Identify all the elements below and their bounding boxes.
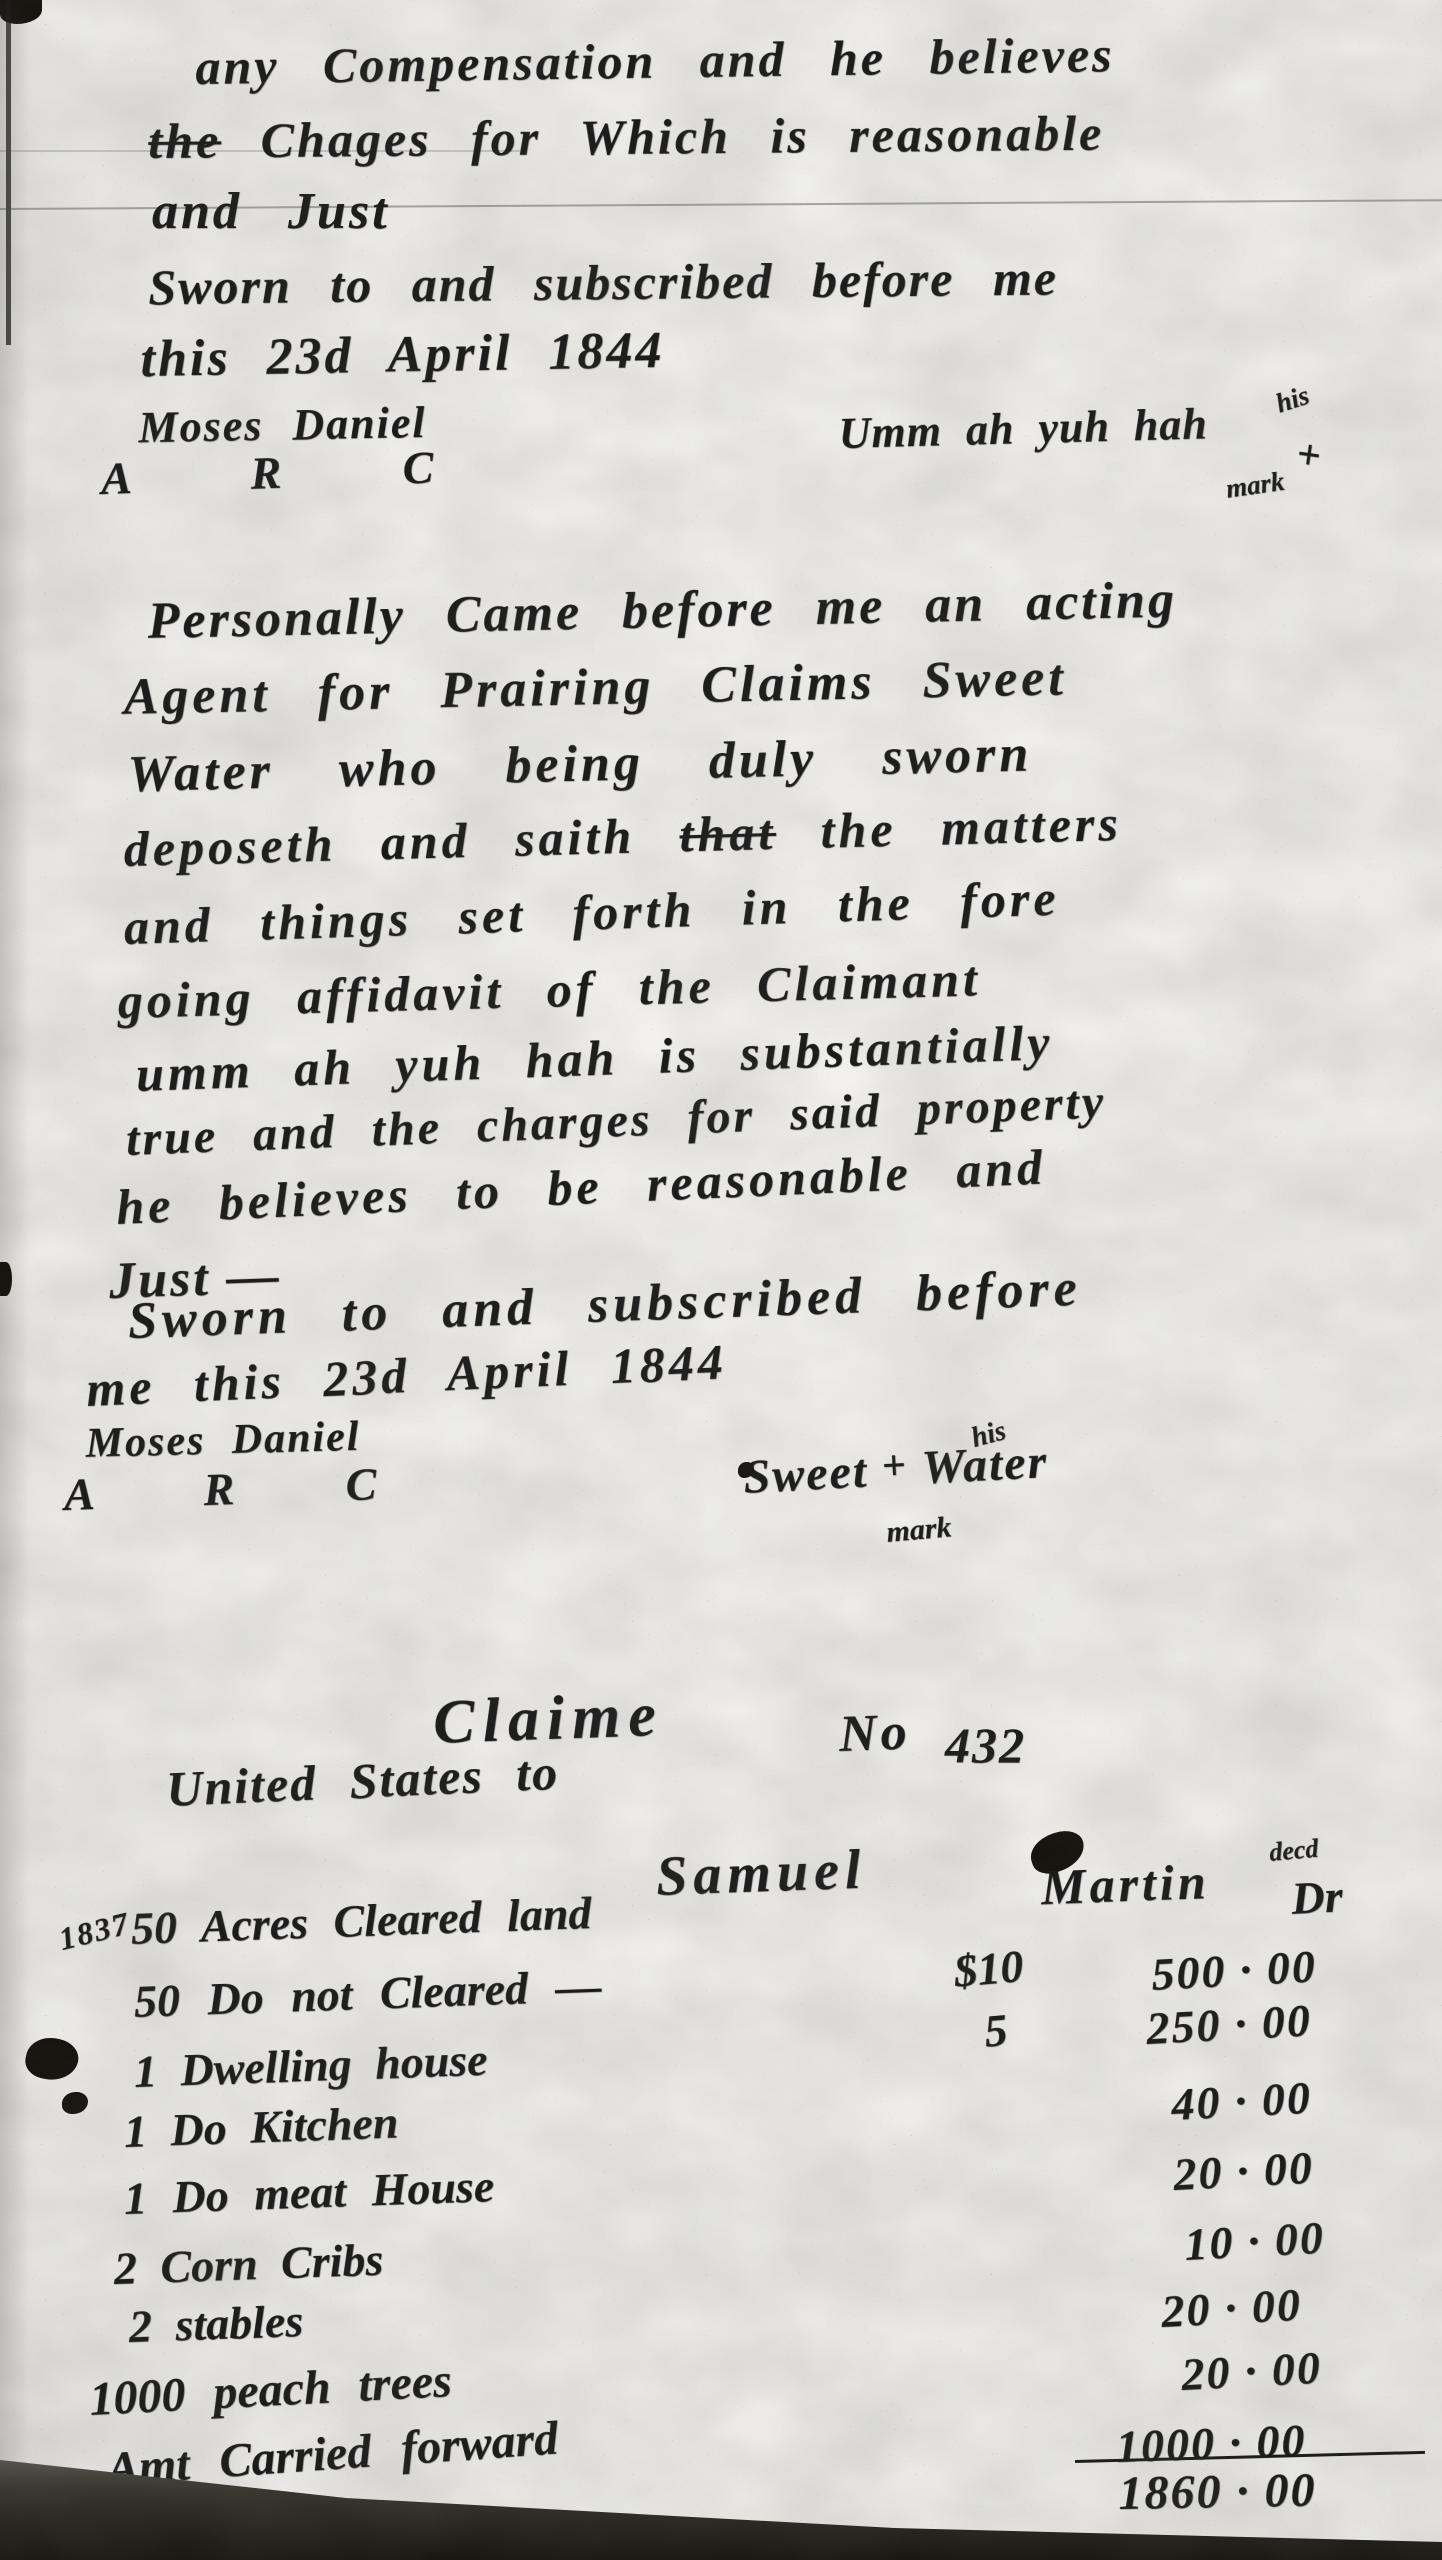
edge-ink-mark (0, 1262, 12, 1296)
affidavit-line: any Compensation and he believes (195, 25, 1115, 96)
scanned-affidavit-page: any Compensation and he believes the Cha… (0, 0, 1442, 2560)
affidavit-line: the Chages for Which is reasonable (148, 104, 1104, 170)
officer-title: A R C (63, 1455, 427, 1521)
claim-item-rate: 5 (982, 2003, 1010, 2058)
claim-number: 432 (945, 1716, 1026, 1774)
jurat-date-line: this 23d April 1844 (140, 321, 665, 389)
witness-line-text: deposeth and saith (123, 808, 636, 877)
debtor-first-name: Samuel (655, 1838, 867, 1909)
mark-his-label: his (1272, 380, 1313, 420)
claim-item-desc: 2 stables (128, 2294, 304, 2353)
debtor-last-name: Martin (1040, 1852, 1210, 1916)
witness-line: Water who being duly sworn (127, 724, 1033, 804)
affidavit-line-text: Chages for Which is reasonable (260, 105, 1104, 168)
witness-line: and things set forth in the fore (123, 869, 1060, 956)
claim-item-amount: 40 · 00 (1170, 2071, 1313, 2131)
mark-word-label: mark (885, 1510, 953, 1550)
witness-line: Agent for Prairing Claims Sweet (123, 648, 1067, 727)
jurat-line: Sworn to and subscribed before me (148, 248, 1058, 316)
mark-word-label: mark (1224, 466, 1286, 505)
claim-item-desc: 1 Do meat House (123, 2159, 495, 2225)
claim-item-amount: 20 · 00 (1160, 2278, 1303, 2338)
claim-item-amount: 10 · 00 (1183, 2211, 1326, 2271)
left-margin-line (6, 0, 11, 345)
claim-item-amount: 250 · 00 (1145, 1993, 1313, 2055)
debtor-abbr: Dr (1290, 1869, 1344, 1925)
claim-heading-no: No (838, 1703, 912, 1764)
debtor-note: decd (1268, 1834, 1320, 1868)
claim-item-desc: 2 Corn Cribs (113, 2233, 384, 2295)
claimant-signature: Umm ah yuh hah (838, 398, 1208, 459)
struck-word: the (148, 112, 221, 169)
margin-ink-blot (62, 2092, 88, 2114)
witness-signature: Sweet + Water (742, 1434, 1049, 1505)
witness-signature-last: Water (920, 1435, 1049, 1495)
margin-year: 1837 (55, 1905, 134, 1958)
mark-cross-symbol: + (1293, 430, 1323, 481)
witness-signature-first: Sweet (742, 1444, 869, 1503)
claim-item-rate: $10 (952, 1939, 1025, 1998)
claim-item-amount: 20 · 00 (1180, 2341, 1323, 2401)
claim-item-amount: 500 · 00 (1150, 1939, 1318, 2001)
claim-total-amount: 1860 · 00 (1118, 2463, 1317, 2521)
affidavit-line: and Just (152, 182, 390, 241)
witness-line: deposeth and saith that the matters (123, 794, 1122, 878)
claim-item-desc: 50 Acres Cleared land (130, 1886, 592, 1955)
claim-item-desc: 1 Dwelling house (133, 2033, 488, 2098)
struck-word: that (679, 804, 777, 863)
mark-cross-symbol: + (881, 1442, 909, 1489)
claim-item-amount: 20 · 00 (1172, 2141, 1315, 2201)
claim-item-desc: 50 Do not Cleared — (133, 1959, 602, 2028)
margin-ink-blot (22, 2033, 82, 2085)
witness-line: going affidavit of the Claimant (117, 949, 981, 1030)
witness-line-text: the matters (820, 795, 1123, 859)
claim-item-desc: 1000 peach trees (88, 2353, 453, 2427)
claim-parties-line: United States to (165, 1743, 560, 1818)
claim-item-desc: 1 Do Kitchen (123, 2095, 399, 2158)
witness-line: Personally Came before me an acting (147, 570, 1177, 651)
